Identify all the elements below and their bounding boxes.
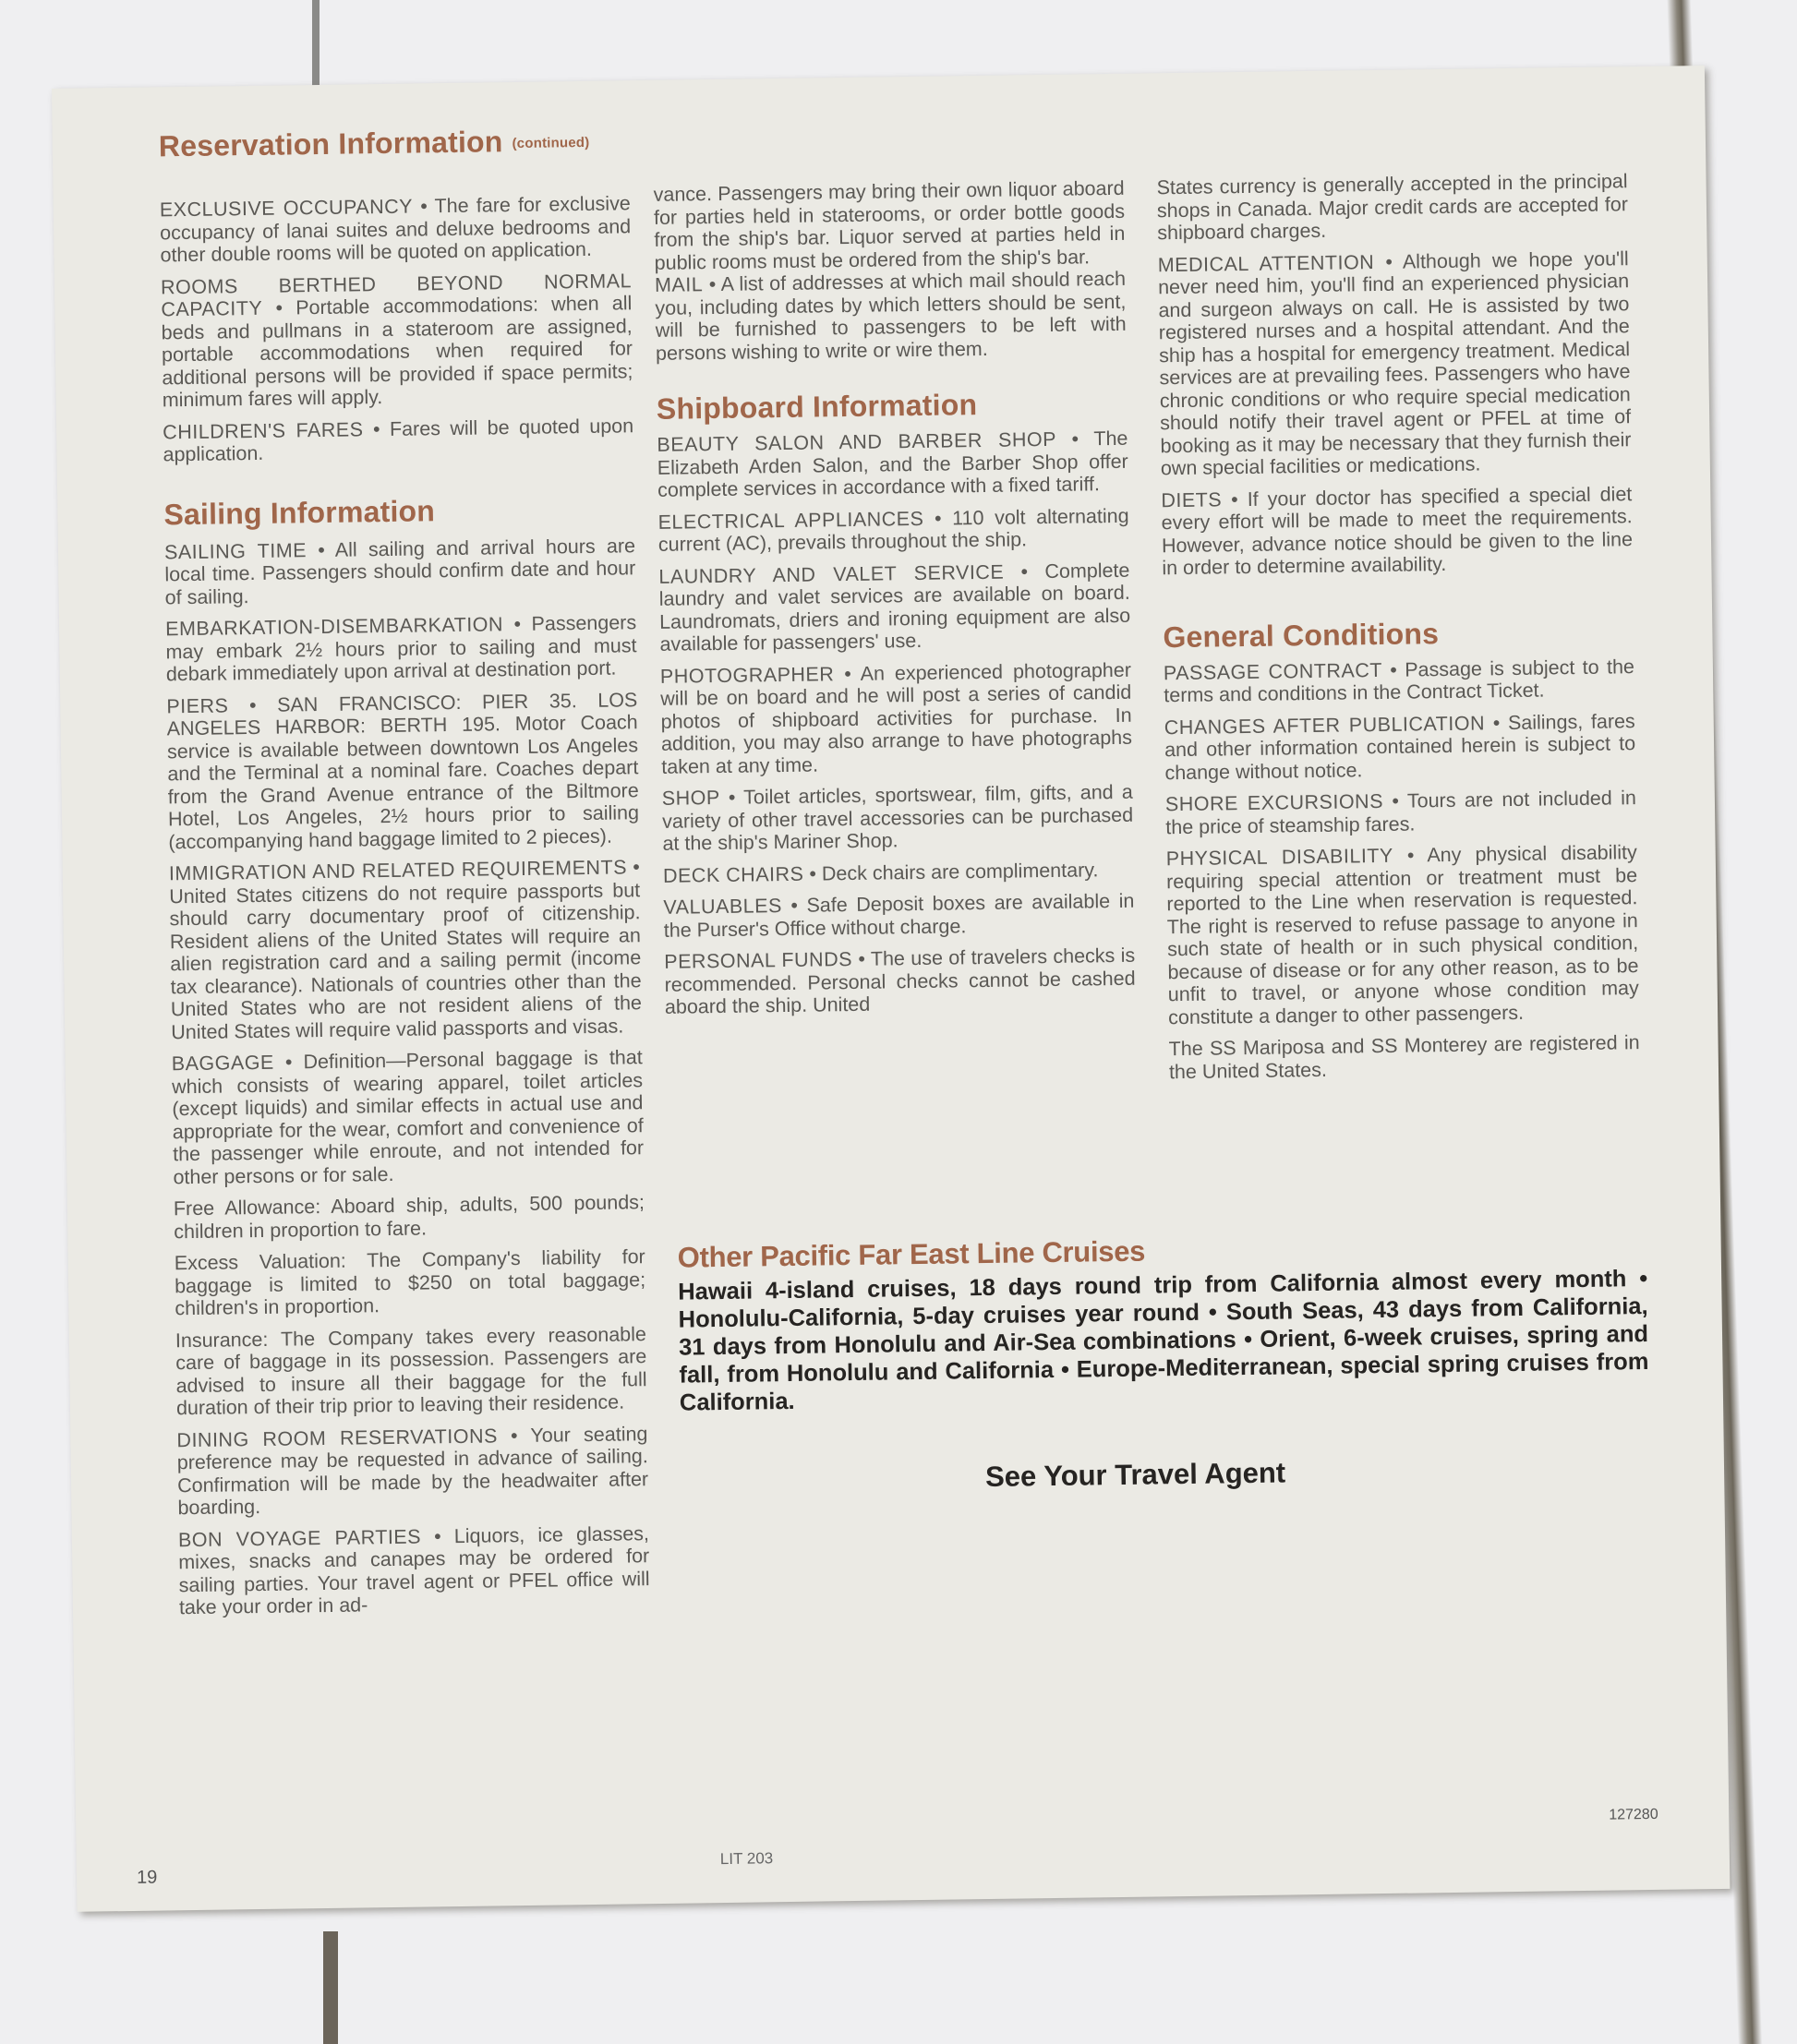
background-seam — [312, 0, 320, 92]
paragraph: CHILDREN'S FARES • Fares will be quoted … — [163, 415, 634, 466]
paragraph: EMBARKATION-DISEMBARKATION • Passengers … — [165, 611, 637, 686]
footer-print-code: 127280 — [1609, 1807, 1658, 1824]
background-seam — [323, 1931, 338, 2044]
paragraph: BEAUTY SALON AND BARBER SHOP • The Eliza… — [657, 427, 1128, 502]
brochure-page: Reservation Information(continued) EXCLU… — [52, 66, 1730, 1912]
paragraph: BAGGAGE • Definition—Personal baggage is… — [172, 1046, 645, 1188]
paragraph: Insurance: The Company takes every reaso… — [175, 1323, 647, 1420]
column-right: States currency is generally accepted in… — [1156, 170, 1640, 1092]
paragraph: PASSAGE CONTRACT • Passage is subject to… — [1164, 655, 1635, 707]
paragraph: DIETS • If your doctor has specified a s… — [1161, 483, 1633, 580]
reservation-heading: Reservation Information(continued) — [159, 123, 630, 163]
paragraph: MEDICAL ATTENTION • Although we hope you… — [1158, 247, 1632, 480]
paragraph: Excess Valuation: The Company's liabilit… — [175, 1245, 646, 1320]
page-number: 19 — [137, 1868, 158, 1889]
other-cruises-heading: Other Pacific Far East Line Cruises — [678, 1235, 1146, 1275]
continued-label: (continued) — [512, 135, 589, 151]
column-middle: vance. Passengers may bring their own li… — [654, 177, 1137, 1028]
paragraph: The SS Mariposa and SS Monterey are regi… — [1168, 1031, 1640, 1083]
paragraph: BON VOYAGE PARTIES • Liquors, ice glasse… — [178, 1522, 650, 1619]
paragraph: EXCLUSIVE OCCUPANCY • The fare for exclu… — [160, 192, 632, 267]
paragraph: SHORE EXCURSIONS • Tours are not include… — [1165, 787, 1637, 838]
paragraph: Free Allowance: Aboard ship, adults, 500… — [174, 1191, 645, 1243]
paragraph: PERSONAL FUNDS • The use of travelers ch… — [664, 944, 1136, 1019]
paragraph-continued: vance. Passengers may bring their own li… — [654, 177, 1126, 274]
paragraph-continued: States currency is generally accepted in… — [1156, 170, 1628, 245]
paragraph: IMMIGRATION AND RELATED REQUIREMENTS • U… — [169, 856, 643, 1043]
paragraph: ROOMS BERTHED BEYOND NORMAL CAPACITY • P… — [161, 270, 633, 412]
paragraph: PIERS • SAN FRANCISCO: PIER 35. LOS ANGE… — [166, 689, 639, 854]
paragraph: ELECTRICAL APPLIANCES • 110 volt alterna… — [657, 504, 1129, 556]
paragraph: CHANGES AFTER PUBLICATION • Sailings, fa… — [1164, 710, 1636, 785]
paragraph: MAIL • A list of addresses at which mail… — [655, 268, 1127, 365]
paragraph: PHYSICAL DISABILITY • Any physical disab… — [1166, 841, 1640, 1028]
other-cruises-body: Hawaii 4-island cruises, 18 days round t… — [678, 1265, 1649, 1417]
paragraph: SHOP • Toilet articles, sportswear, film… — [662, 781, 1134, 856]
see-travel-agent-callout: See Your Travel Agent — [985, 1456, 1286, 1494]
paragraph: LAUNDRY AND VALET SERVICE • Complete lau… — [658, 559, 1130, 655]
paragraph: SAILING TIME • All sailing and arrival h… — [164, 535, 636, 609]
paragraph: DECK CHAIRS • Deck chairs are compliment… — [663, 858, 1134, 887]
paragraph: DINING ROOM RESERVATIONS • Your seating … — [176, 1423, 648, 1520]
column-left: Reservation Information(continued) EXCLU… — [159, 123, 651, 1628]
footer-lit-code: LIT 203 — [720, 1849, 774, 1869]
paragraph: PHOTOGRAPHER • An experienced photograph… — [660, 658, 1133, 778]
paragraph: VALUABLES • Safe Deposit boxes are avail… — [663, 890, 1135, 942]
